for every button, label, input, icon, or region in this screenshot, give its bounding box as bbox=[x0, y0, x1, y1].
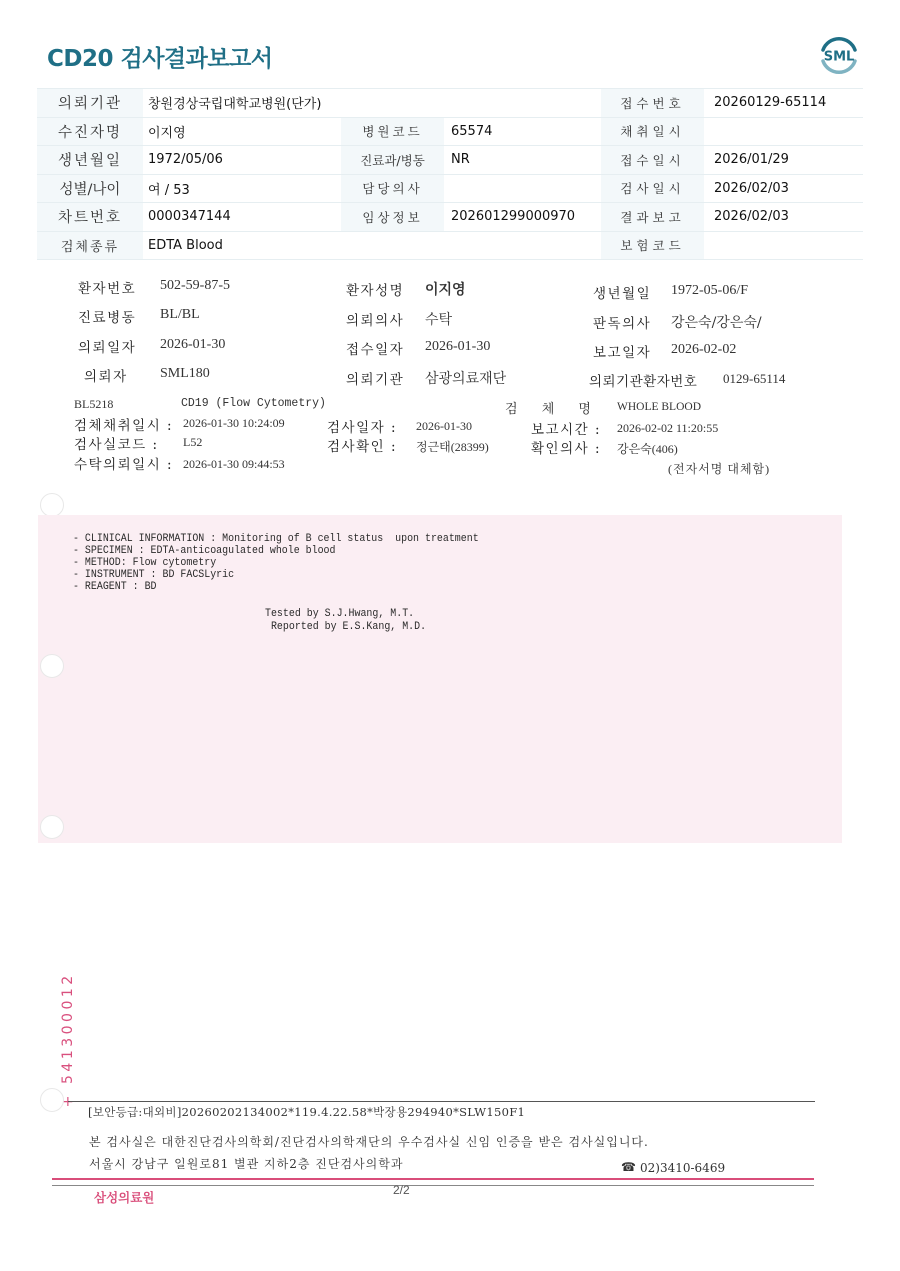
value-hospital-code: 65574 bbox=[444, 117, 601, 146]
sml-logo-icon: SML bbox=[814, 30, 864, 80]
label-clinical-info: 임상정보 bbox=[341, 203, 444, 232]
value-patient-number: 502-59-87-5 bbox=[160, 278, 230, 294]
label-specimen-name: 검 체 명 bbox=[505, 398, 601, 417]
label-patient-fullname: 환자성명 bbox=[346, 279, 404, 299]
esign-note: (전자서명 대체함) bbox=[668, 460, 770, 477]
result-line: - INSTRUMENT : BD FACSLyric bbox=[73, 570, 234, 582]
label-chart-number: 차트번호 bbox=[37, 203, 143, 232]
svg-text:SML: SML bbox=[824, 50, 855, 65]
value-report-date: 2026-02-02 bbox=[671, 342, 736, 358]
label-test-confirm: 검사확인 : bbox=[327, 435, 397, 455]
value-birth-date: 1972/05/06 bbox=[143, 146, 341, 175]
label-birth-date: 생년월일 bbox=[37, 146, 143, 175]
value-reading-doctor: 강은숙/강은숙/ bbox=[671, 312, 762, 332]
value-outsource-datetime: 2026-01-30 09:44:53 bbox=[183, 457, 285, 472]
label-receipt-number: 접수번호 bbox=[601, 89, 704, 118]
table-row: 의뢰기관 창원경상국립대학교병원(단가) 접수번호 20260129-65114 bbox=[37, 89, 863, 118]
page-number: 2/2 bbox=[393, 1183, 410, 1197]
result-line: - SPECIMEN : EDTA-anticoagulated whole b… bbox=[73, 546, 336, 558]
label-collection-datetime: 검체채취일시 : bbox=[74, 414, 173, 434]
value-test-confirm: 정근태(28399) bbox=[416, 438, 489, 455]
table-row: 성별/나이 여 / 53 담당의사 검사일시 2026/02/03 bbox=[37, 174, 863, 203]
test-code: BL5218 bbox=[74, 397, 113, 412]
label-referring-doctor: 의뢰의사 bbox=[346, 309, 404, 329]
value-ref-institution: 삼광의료재단 bbox=[425, 368, 506, 388]
label-reading-doctor: 판독의사 bbox=[593, 312, 651, 332]
barcode-number: 541300012 bbox=[60, 972, 76, 1084]
value-collection-datetime: 2026-01-30 10:24:09 bbox=[183, 416, 285, 431]
divider bbox=[68, 1101, 815, 1102]
report-title: CD20 검사결과보고서 bbox=[47, 40, 273, 73]
brand-name: 삼성의료원 bbox=[94, 1188, 154, 1206]
label-confirm-doctor: 확인의사 : bbox=[531, 437, 601, 457]
label-patient-number: 환자번호 bbox=[78, 277, 136, 297]
value-referring-doctor: 수탁 bbox=[425, 309, 452, 329]
label-received-date: 접수일자 bbox=[346, 338, 404, 358]
certification-line: 본 검사실은 대한진단검사의학회/진단검사의학재단의 우수검사실 신임 인증을 … bbox=[89, 1133, 649, 1150]
value-department-ward: NR bbox=[444, 146, 601, 175]
value-result-report: 2026/02/03 bbox=[704, 203, 863, 232]
value-test-date: 2026/02/03 bbox=[704, 174, 863, 203]
value-sex-age: 여 / 53 bbox=[143, 174, 341, 203]
label-referral-date: 의뢰일자 bbox=[78, 336, 136, 356]
value-requesting-institution: 창원경상국립대학교병원(단가) bbox=[143, 89, 444, 118]
value-insurance-code bbox=[704, 231, 863, 260]
security-line: [보안등급:대외비]20260202134002*119.4.22.58*박장용… bbox=[88, 1104, 525, 1120]
label-hospital-code: 병원코드 bbox=[341, 117, 444, 146]
label-dob: 생년월일 bbox=[593, 282, 651, 302]
value-report-time: 2026-02-02 11:20:55 bbox=[617, 421, 718, 436]
label-result-report: 결과보고 bbox=[601, 203, 704, 232]
value-requester: SML180 bbox=[160, 366, 210, 382]
value-dob: 1972-05-06/F bbox=[671, 283, 748, 299]
label-test-date: 검사일시 bbox=[601, 174, 704, 203]
value-receipt-date: 2026/01/29 bbox=[704, 146, 863, 175]
divider-pink bbox=[52, 1178, 814, 1180]
value-lab-code: L52 bbox=[183, 435, 202, 450]
test-name: CD19 (Flow Cytometry) bbox=[181, 397, 326, 410]
label-receipt-date: 접수일시 bbox=[601, 146, 704, 175]
table-row: 생년월일 1972/05/06 진료과/병동 NR 접수일시 2026/01/2… bbox=[37, 146, 863, 175]
punch-hole bbox=[40, 493, 64, 517]
label-sex-age: 성별/나이 bbox=[37, 174, 143, 203]
value-chart-number: 0000347144 bbox=[143, 203, 341, 232]
label-specimen-type: 검체종류 bbox=[37, 231, 143, 260]
lab-phone: 02)3410-6469 bbox=[640, 1161, 725, 1175]
value-collection-time bbox=[704, 117, 863, 146]
label-requesting-institution: 의뢰기관 bbox=[37, 89, 143, 118]
value-receipt-number: 20260129-65114 bbox=[704, 89, 863, 118]
label-lab-code: 검사실코드 : bbox=[74, 433, 159, 453]
value-patient-fullname: 이지영 bbox=[425, 279, 466, 299]
label-outsource-datetime: 수탁의뢰일시 : bbox=[74, 453, 173, 473]
reported-by: Reported by E.S.Kang, M.D. bbox=[265, 622, 426, 634]
value-ward: BL/BL bbox=[160, 307, 200, 323]
value-test-day: 2026-01-30 bbox=[416, 419, 472, 434]
label-test-day: 검사일자 : bbox=[327, 416, 397, 436]
tested-by: Tested by S.J.Hwang, M.T. bbox=[265, 609, 414, 621]
value-ref-inst-patient-no: 0129-65114 bbox=[723, 371, 785, 387]
value-referral-date: 2026-01-30 bbox=[160, 337, 225, 353]
patient-info-table: 의뢰기관 창원경상국립대학교병원(단가) 접수번호 20260129-65114… bbox=[37, 88, 863, 260]
value-clinical-info: 202601299000970 bbox=[444, 203, 601, 232]
result-line: - CLINICAL INFORMATION : Monitoring of B… bbox=[73, 534, 479, 546]
label-collection-time: 채취일시 bbox=[601, 117, 704, 146]
label-ref-institution: 의뢰기관 bbox=[346, 368, 404, 388]
result-line: - REAGENT : BD bbox=[73, 582, 157, 594]
label-patient-name: 수진자명 bbox=[37, 117, 143, 146]
lab-address: 서울시 강남구 일원로81 별관 지하2층 진단검사의학과 bbox=[89, 1155, 403, 1172]
label-report-time: 보고시간 : bbox=[531, 418, 601, 438]
result-line: - METHOD: Flow cytometry bbox=[73, 558, 216, 570]
label-ref-inst-patient-no: 의뢰기관환자번호 bbox=[589, 370, 697, 390]
label-attending-doctor: 담당의사 bbox=[341, 174, 444, 203]
value-specimen-name: WHOLE BLOOD bbox=[617, 401, 701, 413]
label-department-ward: 진료과/병동 bbox=[341, 146, 444, 175]
label-report-date: 보고일자 bbox=[593, 341, 651, 361]
value-specimen-type: EDTA Blood bbox=[143, 231, 444, 260]
table-row: 차트번호 0000347144 임상정보 202601299000970 결과보… bbox=[37, 203, 863, 232]
phone-icon: ☎ bbox=[621, 1160, 636, 1174]
table-row: 검체종류 EDTA Blood 보험코드 bbox=[37, 231, 863, 260]
value-attending-doctor bbox=[444, 174, 601, 203]
label-ward: 진료병동 bbox=[78, 306, 136, 326]
value-confirm-doctor: 강은숙(406) bbox=[617, 440, 678, 457]
value-received-date: 2026-01-30 bbox=[425, 339, 490, 355]
divider bbox=[52, 1185, 814, 1186]
label-insurance-code: 보험코드 bbox=[601, 231, 704, 260]
table-row: 수진자명 이지영 병원코드 65574 채취일시 bbox=[37, 117, 863, 146]
label-requester: 의뢰자 bbox=[84, 365, 128, 385]
value-patient-name: 이지영 bbox=[143, 117, 341, 146]
